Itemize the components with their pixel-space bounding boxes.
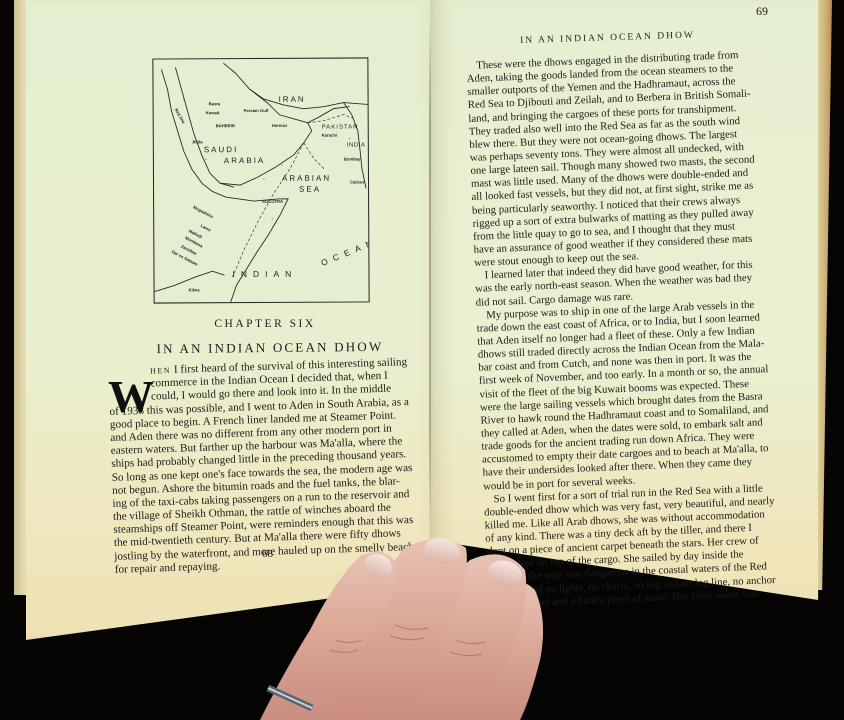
map-label-pakistan: PAKISTAN [322,124,359,130]
map-label-kuwait: Kuwait [206,110,220,115]
map-label-basra: Basra [209,101,221,106]
map-label-indian: INDIAN [232,269,297,279]
map-indian-ocean: IRAN PAKISTAN INDIA SAUDI ARABIA ARABIAN… [152,57,369,303]
map-label-saudi: SAUDI [204,145,238,154]
page-number-right: 69 [756,4,768,19]
page-number-left: 68 [262,548,273,560]
open-book: IRAN PAKISTAN INDIA SAUDI ARABIA ARABIAN… [0,0,844,720]
map-label-socotra: SOCOTRA [262,199,283,204]
map-label-iran: IRAN [279,95,306,104]
book-gutter [429,20,431,540]
drop-cap: W [108,374,154,420]
map-label-kilwa: Kilwa [189,287,200,292]
map-label-persian-gulf: Persian Gulf [244,108,269,113]
wedding-ring [268,688,312,708]
right-page-body: These were the dhows engaged in the dist… [466,48,790,612]
map-label-arabia: ARABIA [224,156,265,165]
map-coastlines [153,58,368,302]
chapter-number: CHAPTER SIX [200,318,330,330]
left-page-body: hen I first heard of the survival of thi… [108,356,421,577]
map-label-arabian: ARABIAN [282,174,331,183]
map-label-calicut: Calicut [350,179,364,184]
map-label-bombay: Bombay [344,156,361,161]
map-label-hormuz: Hormuz [272,123,288,128]
map-label-karachi: Karachi [322,133,337,138]
map-label-india: INDIA [347,142,366,148]
map-label-bahrein: BAHREIN [216,123,235,128]
map-label-jidda: Jidda [192,139,203,144]
map-label-sea: SEA [299,185,321,194]
page-stack-right [818,0,832,590]
chapter-title: IN AN INDIAN OCEAN DHOW [150,339,390,358]
